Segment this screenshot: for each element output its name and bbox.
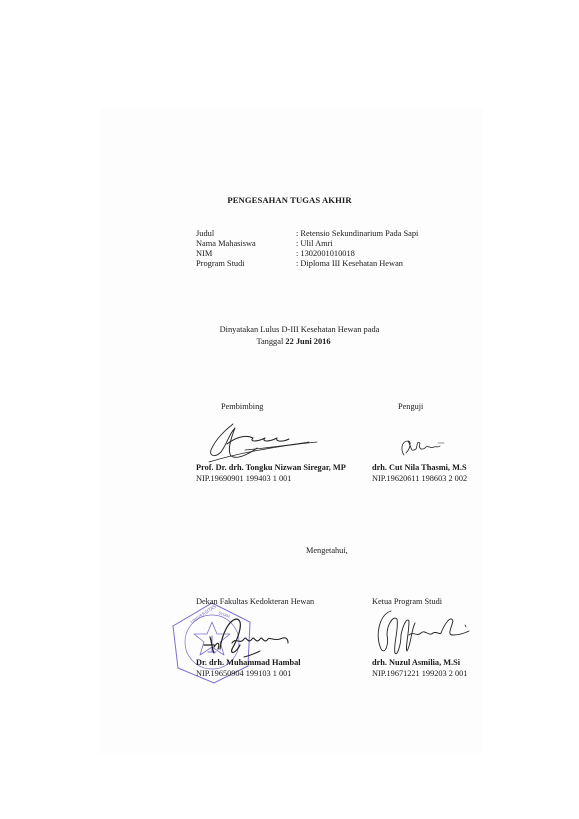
- name-pembimbing: Prof. Dr. drh. Tongku Nizwan Siregar, MP: [196, 463, 346, 472]
- name-penguji: drh. Cut Nila Thasmi, M.S: [372, 463, 467, 472]
- signature-pembimbing: [205, 420, 320, 465]
- document-title: PENGESAHAN TUGAS AKHIR: [0, 195, 579, 205]
- graduation-date-line: Tanggal 22 Juni 2016: [4, 337, 579, 346]
- role-penguji: Penguji: [398, 402, 423, 411]
- graduation-statement: Dinyatakan Lulus D-III Kesehatan Hewan p…: [10, 325, 579, 334]
- name-dekan: Dr. drh. Muhammad Hambal: [196, 658, 301, 667]
- nip-dekan: NIP.19650904 199103 1 001: [196, 669, 291, 678]
- info-value-prodi: : Diploma III Kesehatan Hewan: [296, 259, 403, 269]
- graduation-date: 22 Juni 2016: [285, 337, 330, 346]
- signature-dekan: [200, 615, 295, 660]
- info-label-prodi: Program Studi: [196, 259, 245, 269]
- nip-penguji: NIP.19620611 198603 2 002: [372, 474, 467, 483]
- role-dekan: Dekan Fakultas Kedokteran Hewan: [196, 597, 314, 606]
- info-label-nim: NIM: [196, 249, 212, 259]
- signature-penguji: [398, 437, 448, 459]
- info-value-nim: : 1302001010018: [296, 249, 355, 259]
- info-label-judul: Judul: [196, 229, 214, 239]
- name-kaprodi: drh. Nuzul Asmilia, M.Si: [372, 658, 460, 667]
- info-value-nama: : Ulil Amri: [296, 239, 333, 249]
- date-prefix: Tanggal: [256, 337, 285, 346]
- info-value-judul: : Retensio Sekundinarium Pada Sapi: [296, 229, 418, 239]
- signature-kaprodi: [373, 605, 473, 660]
- role-pembimbing: Pembimbing: [221, 402, 263, 411]
- info-label-nama: Nama Mahasiswa: [196, 239, 256, 249]
- acknowledged-label: Mengetahui,: [306, 546, 348, 555]
- nip-pembimbing: NIP.19690901 199403 1 001: [196, 474, 291, 483]
- nip-kaprodi: NIP.19671221 199203 2 001: [372, 669, 467, 678]
